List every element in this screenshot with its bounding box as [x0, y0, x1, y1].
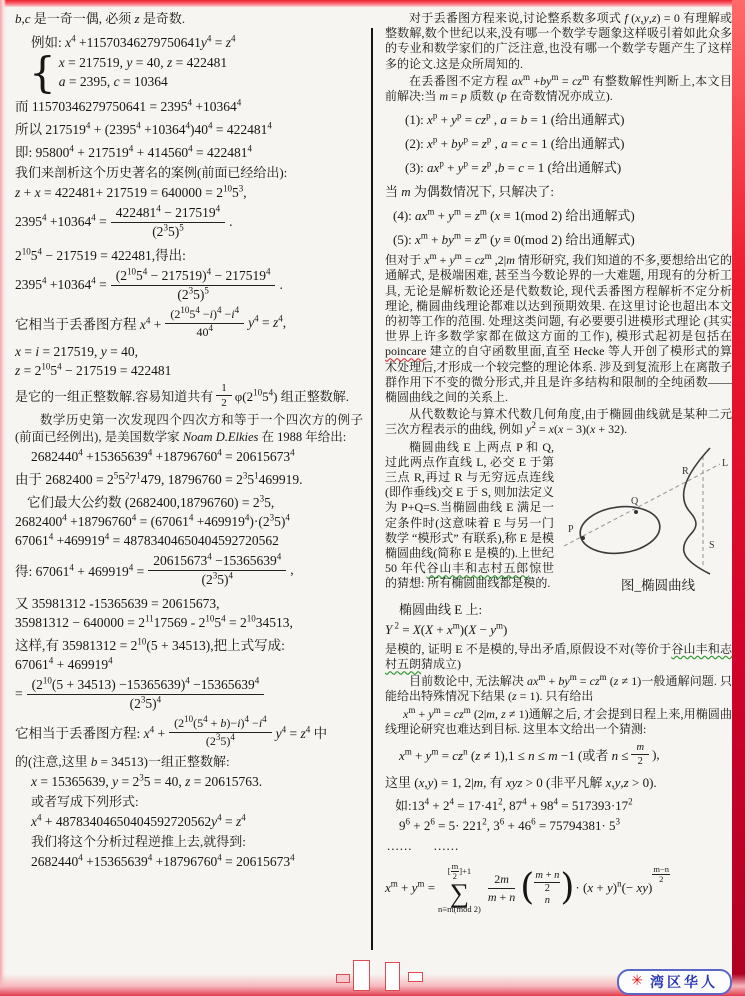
formula-line: 26824004 +187967604 = (670614 +4699194)·…: [15, 514, 363, 530]
fraction: (21054 − 217519)4 − 2175194 (235)5: [111, 268, 276, 303]
fraction: (210(54 + b)−i)4 −i4 (235)4: [169, 716, 272, 749]
enumerated-formula: (3): axp + yp = zp ,b = c = 1 (给出通解式): [405, 157, 732, 176]
denominator: 2: [631, 755, 649, 767]
formula-line: 又 35981312 -15365639 = 20615673,: [15, 592, 363, 612]
formula-line: 21054 − 217519 = 422481,得出:: [15, 244, 363, 264]
formula-line: Y 2 = X(X + xm)(X − ym): [385, 622, 732, 638]
fraction-formula: 得: 670614 + 4699194 = 206156734 −1536563…: [15, 553, 363, 588]
fraction-formula: 23954 +103644 = 4224814 − 2175194 (235)5…: [15, 205, 363, 240]
sigma-glyph: ∑: [450, 882, 469, 905]
numerator: 1: [216, 382, 232, 396]
denominator: (235)4: [148, 571, 286, 588]
system-row: x = 217519, y = 40, z = 422481: [59, 55, 227, 71]
formula-part: y4 = z4 中: [276, 722, 328, 742]
fraction-formula: 23954 +103644 = (21054 − 217519)4 − 2175…: [15, 268, 363, 303]
binom-top: m + n2: [534, 870, 560, 894]
star-icon: ✳: [631, 975, 643, 989]
formula-line: 96 + 26 = 5· 2212, 36 + 466 = 75794381· …: [399, 818, 732, 834]
formula-line: z = 21054 − 217519 = 422481: [15, 363, 363, 379]
denominator: 2: [216, 396, 232, 409]
enumerated-formula: (1): xp + yp = czp , a = b = 1 (给出通解式): [405, 109, 732, 128]
formula-part: .: [229, 214, 232, 230]
text-line: 这里 (x,y) = 1, 2|m, 有 xyz > 0 (非平凡解 x,y,z…: [385, 772, 732, 791]
border-top: [0, 0, 745, 7]
ellipsis-line: ...... ......: [387, 838, 732, 854]
page-marker-rect: [336, 974, 350, 983]
left-column: b,c 是一奇一偶, 必须 z 是奇数. 例如: x4 +11570346279…: [15, 9, 363, 873]
fraction: m 2: [631, 742, 649, 767]
enumerated-formula: (4): axm + ym = zm (x ≡ 1(mod 2) 给出通解式): [393, 205, 732, 224]
denominator: 404: [165, 324, 244, 340]
formula-part: xm + ym =: [385, 880, 435, 896]
formula-part: 23954 +103644 =: [15, 277, 107, 293]
formula-line: 它们最大公约数 (2682400,18796760) = 235,: [27, 491, 363, 511]
sum-identity-formula: xm + ym = [m2]+1 ∑ n≡m(mod 2) 2m m + n (…: [385, 862, 732, 914]
oval-component: [577, 502, 662, 557]
badge-label: 湾区华人: [650, 972, 718, 992]
formula-part: ),: [652, 747, 660, 763]
formula-line: 而 11570346279750641 = 23954 +103644: [15, 95, 363, 115]
right-column: 对于丢番图方程来说,讨论整系数多项式 f (x,y,z) = 0 有理解或整数解…: [385, 9, 732, 914]
formula-line: x = i = 217519, y = 40,: [15, 344, 363, 360]
conjecture-formula: xm + ym = czn (z ≠ 1),1 ≤ n ≤ m −1 (或者 n…: [399, 742, 732, 767]
numerator: 2m: [488, 872, 515, 889]
column-divider: [371, 28, 373, 950]
exponent-fraction: m−n2: [652, 864, 670, 885]
text-line: 当 m 为偶数情况下, 只解决了:: [385, 181, 732, 200]
formula-line: 例如: x4 +11570346279750641y4 = z4: [31, 31, 363, 51]
elliptic-curve-figure: P Q R L S 图_椭圆曲线: [560, 442, 732, 593]
formula-part: 23954 +103644 =: [15, 214, 107, 230]
numerator: (210(54 + b)−i)4 −i4: [169, 716, 272, 733]
fraction-formula: = (210(5 + 34513) −15365639)4 −153656394…: [15, 677, 363, 712]
label-P: P: [568, 524, 574, 535]
denominator: (235)5: [111, 286, 276, 303]
label-L: L: [722, 458, 728, 469]
formula-part: φ(21054) 组正整数解.: [235, 386, 349, 405]
formula-line: 由于 2682400 = 255271479, 18796760 = 23514…: [15, 468, 363, 488]
fraction: 4224814 − 2175194 (235)5: [111, 205, 225, 240]
formula-line: x = 15365639, y = 235 = 40, z = 20615763…: [31, 774, 363, 790]
text-line: b,c 是一奇一偶, 必须 z 是奇数.: [15, 10, 363, 28]
formula-part: · (x + y)n(− xy): [575, 880, 652, 896]
line-L: [564, 464, 720, 546]
numerator: (210(5 + 34513) −15365639)4 −153656394: [27, 677, 265, 695]
text-line: 的(注意,这里 b = 34513)一组正整数解:: [15, 753, 363, 771]
fraction: (210(5 + 34513) −15365639)4 −153656394 (…: [27, 677, 265, 712]
numerator: 206156734 −153656394: [148, 553, 286, 571]
paragraph-text: 椭圆曲线 E 上两点 P 和 Q, 过此两点作直线 L, 必交 E 于第三点 R…: [385, 440, 554, 591]
label-R: R: [682, 466, 689, 477]
paragraph: xm + ym = czm (2|m, z ≠ 1)通解之后, 才会提到日程上来…: [385, 707, 732, 737]
binom-bottom: n: [545, 895, 550, 906]
numerator: (21054 − 217519)4 − 2175194: [111, 268, 276, 286]
text-line: 椭圆曲线 E 上:: [399, 599, 732, 618]
paragraph: 目前数论中, 无法解决 axm + bym = czm (z ≠ 1)一般通解问…: [385, 674, 732, 704]
point-Q: [634, 510, 638, 514]
page-marker-rect: [353, 960, 370, 991]
brace-glyph: {: [29, 54, 56, 92]
text-line: 我们来剖析这个历史著名的案例(前面已经给出):: [15, 164, 363, 182]
summation-operator: [m2]+1 ∑ n≡m(mod 2): [438, 862, 481, 914]
fraction: (21054 −i)4 −i4 404: [165, 307, 244, 340]
formula-part: 它相当于丢番图方程 x4 +: [15, 313, 161, 333]
text-formula-line: 是它的一组正整数解.容易知道共有 1 2 φ(21054) 组正整数解.: [15, 382, 363, 409]
formula-line: 26824404 +153656394 +187967604 = 2061567…: [31, 854, 363, 870]
figure-caption: 图_椭圆曲线: [560, 578, 732, 593]
elliptic-curve-svg: P Q R L S: [560, 442, 732, 576]
formula-part: y4 = z4,: [248, 315, 286, 331]
binomial-coefficient: ( m + n2 n ): [520, 870, 574, 906]
close-paren: ): [560, 874, 574, 903]
enumerated-formula: (2): xp + byp = zp , a = c = 1 (给出通解式): [405, 133, 732, 152]
paragraph: 在丢番图不定方程 axm +bym = czm 有整数解性判断上,本文目前解决:…: [385, 74, 732, 104]
paragraph-with-figure: P Q R L S 图_椭圆曲线 椭圆曲线 E 上两点 P 和 Q, 过此两点作…: [385, 440, 732, 595]
page-marker-rect: [385, 962, 400, 991]
equation-system: { x = 217519, y = 40, z = 422481 a = 239…: [29, 54, 363, 92]
page: b,c 是一奇一偶, 必须 z 是奇数. 例如: x4 +11570346279…: [0, 0, 745, 996]
formula-line: 这样,有 35981312 = 210(5 + 34513),把上式写成:: [15, 634, 363, 654]
formula-part: 得: 670614 + 4699194 =: [15, 560, 144, 580]
formula-part: =: [15, 686, 23, 702]
border-left: [0, 0, 6, 996]
fraction-formula: 它相当于丢番图方程 x4 + (21054 −i)4 −i4 404 y4 = …: [15, 307, 363, 340]
formula-line: 670614 + 4699194: [15, 657, 363, 673]
formula-part: 它相当于丢番图方程: x4 +: [15, 722, 165, 742]
formula-part: ,: [290, 562, 293, 578]
denominator: (235)5: [111, 223, 225, 240]
fraction: 2m m + n: [488, 872, 515, 905]
formula-line: 所以 2175194 + (23954 +103644)404 = 422481…: [15, 118, 363, 138]
enumerated-formula: (5): xm + bym = zm (y ≡ 0(mod 2) 给出通解式): [393, 229, 732, 248]
page-marker-rect: [408, 972, 423, 982]
paragraph: 数学历史第一次发现四个四次方和等于一个四次方的例子 (前面已经例出), 是美国数…: [15, 412, 363, 446]
fraction-formula: 它相当于丢番图方程: x4 + (210(54 + b)−i)4 −i4 (23…: [15, 716, 363, 749]
numerator: m: [631, 742, 649, 755]
numerator: (21054 −i)4 −i4: [165, 307, 244, 324]
formula-part: xm + ym = czn (z ≠ 1),1 ≤ n ≤ m −1 (或者 n…: [399, 745, 628, 764]
text-line: 或者写成下列形式:: [31, 793, 363, 811]
formula-line: x4 + 48783404650404592720562y4 = z4: [31, 814, 363, 830]
point-P: [581, 536, 585, 540]
watermark-badge: ✳ 湾区华人: [617, 969, 732, 995]
denominator: (235)4: [27, 695, 265, 712]
open-paren: (: [520, 874, 534, 903]
denominator: (235)4: [169, 733, 272, 749]
formula-line: 即: 958004 + 2175194 + 4145604 = 4224814: [15, 141, 363, 161]
formula-line: 670614 +4699194 = 4878340465040459272056…: [15, 533, 363, 549]
denominator: m + n: [488, 889, 515, 905]
formula-part: 是它的一组正整数解.容易知道共有: [15, 386, 213, 405]
formula-part: .: [279, 277, 282, 293]
system-row: a = 2395, c = 10364: [59, 74, 227, 90]
numerator: 4224814 − 2175194: [111, 205, 225, 223]
paragraph: 对于丢番图方程来说,讨论整系数多项式 f (x,y,z) = 0 有理解或整数解…: [385, 11, 732, 72]
sum-lower-limit: n≡m(mod 2): [438, 905, 481, 914]
formula-line: z + x = 422481+ 217519 = 640000 = 21053,: [15, 185, 363, 201]
paragraph: 从代数数论与算术代数几何角度,由于椭圆曲线就是某种二元三次方程表示的曲线, 例如…: [385, 407, 732, 437]
label-S: S: [709, 540, 715, 551]
paragraph: 但对于 xm + ym = czm ,2|m 情形研究, 我们知道的不多,要想给…: [385, 253, 732, 405]
formula-line: 如:134 + 24 = 17·412, 874 + 984 = 517393·…: [395, 795, 732, 814]
formula-line: 26824404 +153656394 +187967604 = 2061567…: [31, 449, 363, 465]
fraction: 206156734 −153656394 (235)4: [148, 553, 286, 588]
formula-line: 35981312 − 640000 = 21117569 - 21054 = 2…: [15, 615, 363, 631]
border-right: [732, 0, 745, 996]
var: m: [636, 742, 644, 753]
paragraph: 是模的, 证明 E 不是模的,导出矛盾,原假设不对(等价于谷山丰和志村五朗猜成立…: [385, 642, 732, 672]
label-Q: Q: [631, 496, 639, 507]
text-line: 我们将这个分析过程逆推上去,就得到:: [31, 833, 363, 851]
fraction: 1 2: [216, 382, 232, 409]
